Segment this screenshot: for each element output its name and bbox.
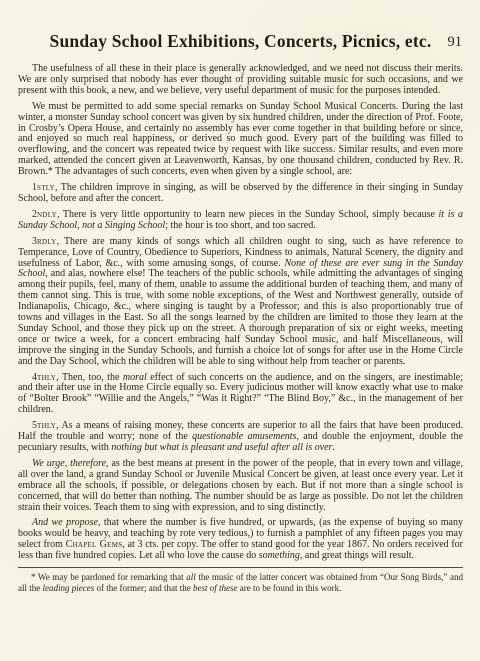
list-item-1stly: 1stly, The children improve in singing, …: [18, 183, 463, 205]
paragraph-usefulness: The usefulness of all these in their pla…: [18, 64, 463, 97]
page-body: The usefulness of all these in their pla…: [18, 64, 463, 562]
list-item-3rdly: 3rdly, There are many kinds of songs whi…: [18, 237, 463, 368]
list-item-4thly: 4thly, Then, too, the moral effect of su…: [18, 373, 463, 417]
page-header: Sunday School Exhibitions, Concerts, Pic…: [18, 31, 463, 52]
paragraph-concert-remarks: We must be permitted to add some special…: [18, 102, 463, 178]
paragraph-we-urge: We urge, therefore, as the best means at…: [18, 459, 463, 514]
paragraph-we-propose: And we propose, that where the number is…: [18, 518, 463, 562]
page-title: Sunday School Exhibitions, Concerts, Pic…: [50, 31, 432, 52]
list-item-2ndly: 2ndly, There is very little opportunity …: [18, 210, 463, 232]
book-page: Sunday School Exhibitions, Concerts, Pic…: [0, 0, 480, 661]
page-number: 91: [448, 34, 463, 51]
footnote-divider: [18, 567, 463, 568]
footnote: * We may be pardoned for remarking that …: [18, 572, 463, 593]
list-item-5thly: 5thly, As a means of raising money, thes…: [18, 421, 463, 454]
